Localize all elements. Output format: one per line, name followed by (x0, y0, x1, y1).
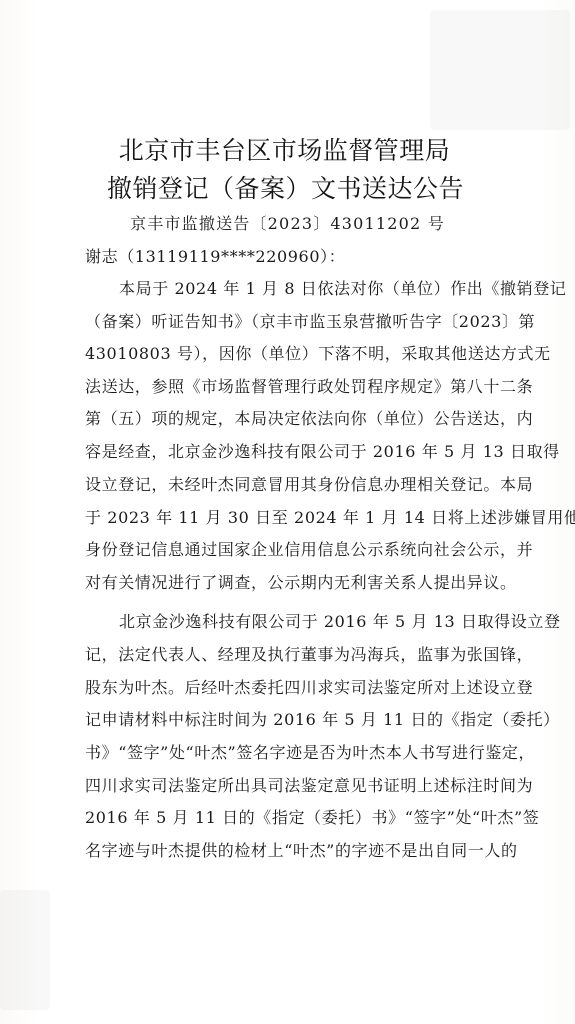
paragraph-1-line: 设立登记，未经叶杰同意冒用其身份信息办理相关登记。本局 (85, 474, 488, 496)
paragraph-1-line: 本局于 2024 年 1 月 8 日依法对你（单位）作出《撤销登记 (119, 278, 488, 300)
scanned-document-page: 北京市丰台区市场监督管理局 撤销登记（备案）文书送达公告 京丰市监撤送告〔202… (0, 0, 575, 1024)
issuing-authority-title: 北京市丰台区市场监督管理局 (0, 131, 572, 167)
paragraph-2-line: 名字迹与叶杰提供的检材上“叶杰”的字迹不是出自同一人的 (85, 840, 488, 862)
paragraph-1-line: 于 2023 年 11 月 30 日至 2024 年 1 月 14 日将上述涉嫌… (85, 507, 488, 529)
paragraph-1-line: 容是经查，北京金沙逸科技有限公司于 2016 年 5 月 13 日取得 (85, 441, 488, 463)
paragraph-2-line: 记，法定代表人、经理及执行董事为冯海兵，监事为张国锋， (85, 644, 488, 666)
addressee-line: 谢志（13119119****220960）： (85, 246, 488, 268)
scan-bleed-through-mark (0, 890, 50, 1010)
paragraph-1-line: 对有关情况进行了调查，公示期内无利害关系人提出异议。 (85, 572, 488, 594)
paragraph-1-line: 第（五）项的规定，本局决定依法向你（单位）公告送达，内 (85, 408, 488, 430)
paragraph-1-line: 身份登记信息通过国家企业信用信息公示系统向社会公示，并 (85, 539, 488, 561)
scan-bleed-through-mark (430, 10, 570, 130)
paragraph-2-line: 股东为叶杰。后经叶杰委托四川求实司法鉴定所对上述设立登 (85, 677, 488, 699)
announcement-title: 撤销登记（备案）文书送达公告 (0, 169, 573, 205)
paragraph-2-line: 北京金沙逸科技有限公司于 2016 年 5 月 13 日取得设立登 (119, 611, 488, 633)
paragraph-2-line: 书》“签字”处“叶杰”签名字迹是否为叶杰本人书写进行鉴定， (85, 742, 488, 764)
document-number: 京丰市监撤送告〔2023〕43011202 号 (0, 211, 575, 234)
paragraph-2-line: 记申请材料中标注时间为 2016 年 5 月 11 日的《指定（委托） (85, 709, 488, 731)
paragraph-1-line: 法送达，参照《市场监督管理行政处罚程序规定》第八十二条 (85, 376, 488, 398)
paragraph-1-line: 43010803 号），因你（单位）下落不明，采取其他送达方式无 (85, 343, 488, 365)
paragraph-2-line: 四川求实司法鉴定所出具司法鉴定意见书证明上述标注时间为 (85, 775, 488, 797)
paragraph-2-line: 2016 年 5 月 11 日的《指定（委托）书》“签字”处“叶杰”签 (85, 807, 488, 829)
paragraph-1-line: （备案）听证告知书》（京丰市监玉泉营撤听告字〔2023〕第 (85, 311, 488, 333)
